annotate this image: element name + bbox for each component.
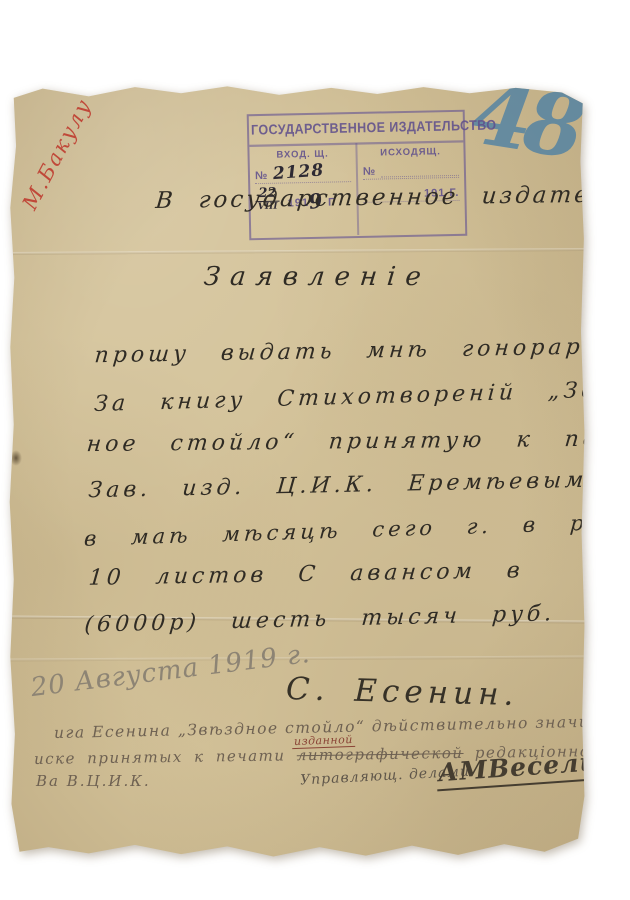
paper-sheet: М.Бакулу 48 ГОСУДАРСТВЕННОЕ ИЗДАТЕЛЬСТВО… (8, 84, 585, 858)
body-line: в маѣ мѣсяцѣ сего г. в размѣрѣ (83, 507, 630, 550)
body-line: За книгу Стихотвореній „Звѣзд- (93, 376, 630, 417)
stamp-outgoing-number-row: № (363, 161, 459, 180)
stamp-incoming-number-row: № 2128 (255, 163, 351, 184)
registration-stamp: ГОСУДАРСТВЕННОЕ ИЗДАТЕЛЬСТВО ВХОД. Щ. № … (247, 110, 468, 241)
document-heading: Заявленіе (202, 262, 432, 292)
body-line: ное стойло“ принятую к печати (86, 426, 630, 457)
paper-crease (8, 248, 585, 255)
address-line: В государственное издатель ство (154, 180, 630, 214)
stamp-outgoing-label: ИСХОДЯЩ. (362, 146, 458, 159)
stamp-incoming-number-value: 2128 (273, 162, 325, 183)
scanned-document: М.Бакулу 48 ГОСУДАРСТВЕННОЕ ИЗДАТЕЛЬСТВО… (0, 0, 630, 900)
body-line: Зав. изд. Ц.И.К. Еремѣевым (87, 468, 588, 503)
red-margin-note: М.Бакулу (6, 73, 107, 234)
stamp-number-sign: № (255, 170, 268, 182)
body-line: прошу выдать мнѣ гонорар (93, 335, 584, 369)
body-line: 10 листов С авансом в (88, 558, 525, 591)
footer-line2-prefix: иске принятых к печати (34, 746, 286, 768)
yesenin-signature: С. Есенин. (286, 671, 519, 713)
stamp-incoming-label: ВХОД. Щ. (254, 148, 350, 161)
footer-note-line3: Ва В.Ц.И.К. (36, 772, 151, 790)
paper-hole (10, 450, 22, 466)
paper-surface: М.Бакулу 48 ГОСУДАРСТВЕННОЕ ИЗДАТЕЛЬСТВО… (8, 84, 585, 858)
stamp-blank-line (381, 161, 459, 178)
body-line: (6000р) шесть тысяч руб. (83, 601, 556, 637)
pencil-date: 20 Августа 1919 г. (29, 639, 312, 703)
stamp-number-sign: № (363, 166, 376, 178)
